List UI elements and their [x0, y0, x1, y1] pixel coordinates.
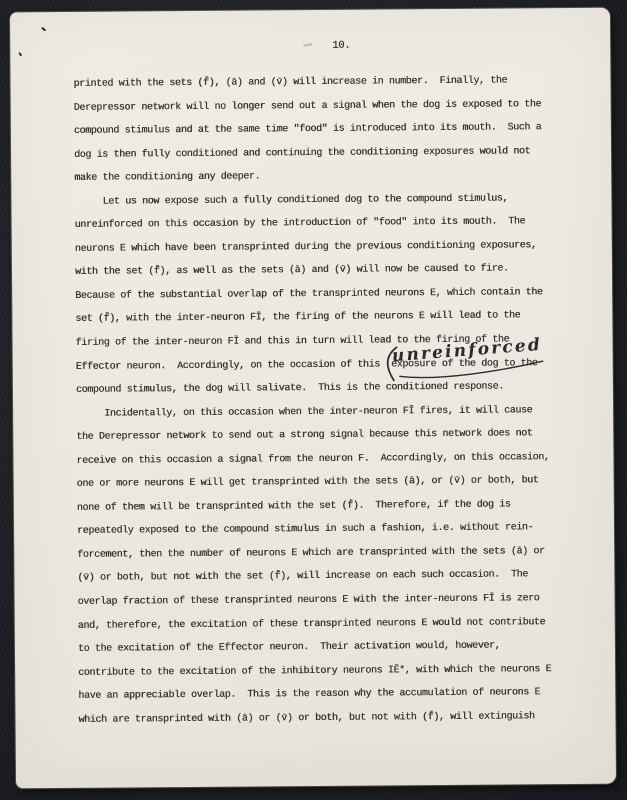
typed-body: printed with the sets (f̄), (ā) and (v̄)…: [73, 69, 578, 732]
document-page: 10. printed with the sets (f̄), (ā) and …: [10, 8, 616, 789]
typed-line: the Derepressor network to send out a st…: [76, 422, 576, 449]
ink-speck: [18, 52, 22, 56]
ink-speck: [41, 27, 46, 32]
typed-line: dog is then fully conditioned and contin…: [74, 140, 574, 167]
typed-line: and, therefore, the excitation of these …: [78, 611, 578, 638]
typed-line: have an appreciable overlap. This is the…: [78, 681, 578, 708]
typed-line: compound stimulus and at the same time "…: [74, 116, 574, 143]
typed-line: which are transprinted with (ā) or (v̄) …: [78, 705, 578, 732]
typed-line: overlap fraction of these transprinted n…: [78, 587, 578, 614]
scanner-background: 10. printed with the sets (f̄), (ā) and …: [0, 0, 627, 800]
page-number: 10.: [332, 40, 350, 52]
ink-speck: [303, 43, 312, 47]
typed-line: printed with the sets (f̄), (ā) and (v̄)…: [73, 69, 573, 96]
